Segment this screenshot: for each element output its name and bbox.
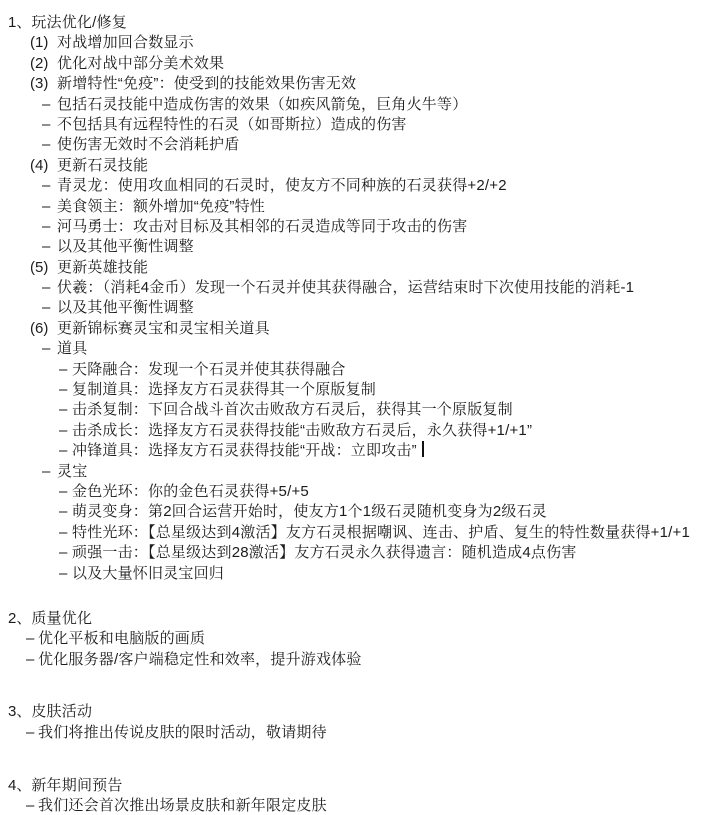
line-text: 天降融合：发现一个石灵并使其获得融合 [72,360,346,380]
bullet-marker: – [59,421,72,441]
line-text: 更新英雄技能 [57,258,148,278]
list-item[interactable]: –青灵龙：使用攻血相同的石灵时，使友方不同种族的石灵获得+2/+2 [0,176,720,196]
bullet-marker: – [42,217,57,237]
bullet-marker: – [59,502,72,522]
bullet-marker: – [42,339,57,359]
bullet-marker: – [59,543,72,563]
bullet-marker: – [42,197,57,217]
line-text: 使伤害无效时不会消耗护盾 [57,135,239,155]
bullet-marker: (6) [30,319,57,339]
list-item[interactable]: –冲锋道具：选择友方石灵获得技能“开战：立即攻击” [0,441,720,461]
list-item[interactable]: (5)更新英雄技能 [0,258,720,278]
list-item[interactable]: (6)更新锦标赛灵宝和灵宝相关道具 [0,319,720,339]
bullet-marker: – [59,360,72,380]
list-item[interactable]: –天降融合：发现一个石灵并使其获得融合 [0,360,720,380]
bullet-marker: – [42,298,57,318]
line-text: 金色光环：你的金色石灵获得+5/+5 [72,482,309,502]
list-item[interactable]: (1)对战增加回合数显示 [0,33,720,53]
list-item[interactable]: –我们还会首次推出场景皮肤和新年限定皮肤 [0,796,720,815]
list-item[interactable]: –特性光环：【总星级达到4激活】友方石灵根据嘲讽、连击、护盾、复生的特性数量获得… [0,523,720,543]
line-text: 包括石灵技能中造成伤害的效果（如疾风箭兔，巨角火牛等） [57,95,467,115]
heading-text: 新年期间预告 [31,776,122,796]
bullet-marker: – [42,115,57,135]
section-gameplay-fixes: 1、玩法优化/修复 (1)对战增加回合数显示 (2)优化对战中部分美术效果 (3… [0,13,720,584]
list-item[interactable]: –以及大量怀旧灵宝回归 [0,564,720,584]
bullet-marker: (1) [30,33,57,53]
section-heading[interactable]: 4、新年期间预告 [0,776,720,796]
line-text: 灵宝 [57,462,87,482]
line-text: 特性光环：【总星级达到4激活】友方石灵根据嘲讽、连击、护盾、复生的特性数量获得+… [72,523,690,543]
line-text: 我们还会首次推出场景皮肤和新年限定皮肤 [38,796,327,815]
line-text: 顽强一击：【总星级达到28激活】友方石灵永久获得遗言：随机造成4点伤害 [72,543,577,563]
list-item[interactable]: –优化平板和电脑版的画质 [0,629,720,649]
list-item[interactable]: –以及其他平衡性调整 [0,237,720,257]
section-heading[interactable]: 2、质量优化 [0,609,720,629]
line-text: 击杀成长：选择友方石灵获得技能“击败敌方石灵后，永久获得+1/+1” [72,421,532,441]
bullet-marker: – [26,723,38,743]
bullet-marker: – [59,441,72,461]
section-heading[interactable]: 1、玩法优化/修复 [0,13,720,33]
list-item[interactable]: –河马勇士：攻击对目标及其相邻的石灵造成等同于攻击的伤害 [0,217,720,237]
section-new-year-preview: 4、新年期间预告 –我们还会首次推出场景皮肤和新年限定皮肤 [0,776,720,815]
heading-number: 2、 [8,609,31,629]
line-text: 我们将推出传说皮肤的限时活动，敬请期待 [38,723,327,743]
list-item[interactable]: (2)优化对战中部分美术效果 [0,54,720,74]
list-item[interactable]: –道具 [0,339,720,359]
bullet-marker: – [42,278,57,298]
bullet-marker: (4) [30,156,57,176]
heading-text: 玩法优化/修复 [31,13,127,33]
bullet-marker: – [26,629,38,649]
bullet-marker: – [59,564,72,584]
section-quality: 2、质量优化 –优化平板和电脑版的画质 –优化服务器/客户端稳定性和效率，提升游… [0,609,720,670]
bullet-marker: (3) [30,74,57,94]
line-text: 河马勇士：攻击对目标及其相邻的石灵造成等同于攻击的伤害 [57,217,467,237]
line-text: 青灵龙：使用攻血相同的石灵时，使友方不同种族的石灵获得+2/+2 [57,176,507,196]
bullet-marker: – [42,237,57,257]
line-text: 新增特性“免疫”：使受到的技能效果伤害无效 [57,74,356,94]
line-text: 优化平板和电脑版的画质 [38,629,205,649]
bullet-marker: – [42,135,57,155]
list-item[interactable]: –优化服务器/客户端稳定性和效率，提升游戏体验 [0,650,720,670]
list-item[interactable]: –萌灵变身：第2回合运营开始时，使友方1个1级石灵随机变身为2级石灵 [0,502,720,522]
list-item[interactable]: –我们将推出传说皮肤的限时活动，敬请期待 [0,723,720,743]
bullet-marker: – [42,176,57,196]
heading-text: 质量优化 [31,609,92,629]
heading-number: 4、 [8,776,31,796]
section-heading[interactable]: 3、皮肤活动 [0,702,720,722]
list-item[interactable]: –灵宝 [0,462,720,482]
bullet-marker: – [42,95,57,115]
bullet-marker: – [59,482,72,502]
text-cursor [422,441,424,457]
section-skin-event: 3、皮肤活动 –我们将推出传说皮肤的限时活动，敬请期待 [0,702,720,743]
list-item[interactable]: –美食领主：额外增加“免疫”特性 [0,197,720,217]
list-item[interactable]: –击杀成长：选择友方石灵获得技能“击败敌方石灵后，永久获得+1/+1” [0,421,720,441]
line-text: 优化对战中部分美术效果 [57,54,224,74]
bullet-marker: – [26,796,38,815]
list-item[interactable]: –以及其他平衡性调整 [0,298,720,318]
list-item[interactable]: –顽强一击：【总星级达到28激活】友方石灵永久获得遗言：随机造成4点伤害 [0,543,720,563]
line-text: 优化服务器/客户端稳定性和效率，提升游戏体验 [38,650,362,670]
bullet-marker: – [26,650,38,670]
list-item[interactable]: –不包括具有远程特性的石灵（如哥斯拉）造成的伤害 [0,115,720,135]
heading-number: 1、 [8,13,31,33]
bullet-marker: – [42,462,57,482]
line-text: 对战增加回合数显示 [57,33,194,53]
bullet-marker: (5) [30,258,57,278]
line-text: 美食领主：额外增加“免疫”特性 [57,197,265,217]
line-text: 以及其他平衡性调整 [57,237,194,257]
bullet-marker: – [59,523,72,543]
heading-text: 皮肤活动 [31,702,92,722]
line-text: 复制道具：选择友方石灵获得其一个原版复制 [72,380,376,400]
line-text: 击杀复制：下回合战斗首次击败敌方石灵后，获得其一个原版复制 [72,400,513,420]
list-item[interactable]: (4)更新石灵技能 [0,156,720,176]
list-item[interactable]: –金色光环：你的金色石灵获得+5/+5 [0,482,720,502]
list-item[interactable]: –包括石灵技能中造成伤害的效果（如疾风箭兔，巨角火牛等） [0,95,720,115]
line-text: 以及大量怀旧灵宝回归 [72,564,224,584]
line-text: 萌灵变身：第2回合运营开始时，使友方1个1级石灵随机变身为2级石灵 [72,502,547,522]
heading-number: 3、 [8,702,31,722]
bullet-marker: – [59,400,72,420]
list-item[interactable]: –击杀复制：下回合战斗首次击败敌方石灵后，获得其一个原版复制 [0,400,720,420]
line-text: 伏羲：（消耗4金币）发现一个石灵并使其获得融合，运营结束时下次使用技能的消耗-1 [57,278,634,298]
line-text: 不包括具有远程特性的石灵（如哥斯拉）造成的伤害 [57,115,407,135]
bullet-marker: – [59,380,72,400]
list-item[interactable]: –复制道具：选择友方石灵获得其一个原版复制 [0,380,720,400]
list-item[interactable]: (3)新增特性“免疫”：使受到的技能效果伤害无效 [0,74,720,94]
bullet-marker: (2) [30,54,57,74]
list-item[interactable]: –使伤害无效时不会消耗护盾 [0,135,720,155]
line-text: 冲锋道具：选择友方石灵获得技能“开战：立即攻击” [72,441,417,461]
line-text: 道具 [57,339,87,359]
line-text: 更新锦标赛灵宝和灵宝相关道具 [57,319,270,339]
list-item[interactable]: –伏羲：（消耗4金币）发现一个石灵并使其获得融合，运营结束时下次使用技能的消耗-… [0,278,720,298]
line-text: 更新石灵技能 [57,156,148,176]
patch-notes-document: 1、玩法优化/修复 (1)对战增加回合数显示 (2)优化对战中部分美术效果 (3… [0,0,720,815]
line-text: 以及其他平衡性调整 [57,298,194,318]
